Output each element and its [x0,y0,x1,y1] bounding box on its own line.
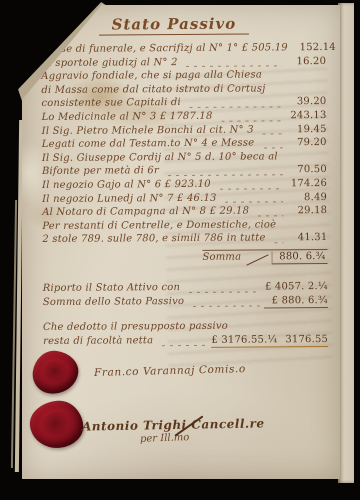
ledger-row: 2 stole 789. sulle 780, e simili 786 in … [42,232,327,248]
entry-text: Aggravio fondiale, che si paga alla Chie… [41,70,262,83]
entry-text: Legati come dal Testam.to N° 4 e Messe [42,138,255,150]
entry-text: Bifonte per metà di 6r [42,166,159,178]
dash-leader [215,188,283,189]
dash-leader [217,120,283,121]
dash-leader [182,66,283,68]
entry-text: Lo Medicinale al N° 3 £ 1787.18 [42,111,213,123]
net-amounts: £ 3176.55.¼3176.55 [211,334,328,348]
sum-amount: 880. 6.¾ [271,251,327,264]
entry-amount: 29.18 [287,205,327,216]
entry-amount: 79.20 [287,137,327,148]
entry-text: Il negozio Gajo al N° 6 £ 923.10 [42,179,211,191]
entry-amount: 174.26 [287,178,327,189]
net-line-2: resta di facoltà netta £ 3176.55.¼3176.5… [43,334,328,350]
dash-leader [163,174,283,176]
dash-leader [258,133,283,134]
manuscript-page: Stato Passivo Spese di funerale, e Sacri… [22,5,340,479]
net-block: Che dedotto il presupposto passivo resta… [43,320,328,350]
recap-block: Riporto il Stato Attivo con £ 4057. 2.¼ … [43,281,328,311]
recap-row-passivo: Somma dello Stato Passivo £ 880. 6.¾ [43,295,328,311]
wax-seal [30,348,81,397]
entry-text: Per restanti di Centrelle, e Domestiche,… [42,219,276,232]
lira-flourish [246,254,268,265]
binding-page-edge [15,120,23,472]
entry-amount: 39.20 [286,96,326,107]
net-text: resta di facoltà netta [43,335,153,347]
signature-commissioner: Fran.co Varannaj Comis.o [94,363,246,379]
entry-text: consistente sue Capitali di [41,97,181,109]
entry-text: 2 stole 789. sulle 780, e simili 786 in … [42,233,265,246]
entry-amount: 243.13 [287,110,327,121]
recap-amount: £ 880. 6.¾ [264,295,328,308]
entry-amount: 70.50 [287,164,327,175]
entry-text: Il Sig. Giuseppe Cordij al N° 5 d. 10° b… [42,151,278,164]
dash-leader [188,305,260,307]
sum-label: Somma [202,252,241,263]
dash-leader [253,215,283,216]
recap-text: Riporto il Stato Attivo con [43,282,180,294]
page-content: Stato Passivo Spese di funerale, e Sacri… [41,12,328,350]
adjacent-page-edge [338,3,354,483]
entry-text: Il negozio Lunedj al N° 7 £ 46.13 [42,192,217,204]
entry-amount: 8.49 [287,192,327,203]
signature-chancellor: Antonio Trighi Cancell.re [82,416,265,433]
signature-per-illmo: per Ill.mo [140,432,190,445]
wax-seal [28,398,86,450]
ledger-entries: Spese di funerale, e Sacrifizj al N° 1° … [41,42,327,248]
entry-text: Spese di funerale, e Sacrifizj al N° 1° … [41,42,288,55]
entry-text: Al Notaro di Campagna al N° 8 £ 29.18 [42,206,249,218]
page-title: Stato Passivo [99,15,249,36]
entry-amount: 41.31 [287,232,327,243]
entry-amount: 152.14 [296,42,336,53]
dash-leader [270,242,284,243]
recap-amount: £ 4057. 2.¼ [264,281,328,292]
sum-row: Somma 880. 6.¾ [42,249,327,266]
recap-text: Somma dello Stato Passivo [43,296,184,308]
entry-amount: 16.20 [286,56,326,67]
dash-leader [258,147,282,148]
dash-leader [185,106,283,108]
net-margin-amount: 3176.55 [285,334,328,345]
entry-amount: 19.45 [287,124,327,135]
net-text: Che dedotto il presupposto passivo [43,321,228,333]
entry-text: di Massa come dal citato istrato di Cort… [41,83,265,96]
dash-leader [221,201,284,202]
entry-text: Il Sig. Pietro Michele Bonchi al cit. N°… [42,124,254,136]
dash-leader [184,291,260,293]
net-amount: £ 3176.55.¼ [211,334,277,345]
sum-box: Somma 880. 6.¾ [202,249,327,265]
dash-leader [157,345,207,346]
entry-text: In sportole giudizj al N° 2 [41,57,178,69]
